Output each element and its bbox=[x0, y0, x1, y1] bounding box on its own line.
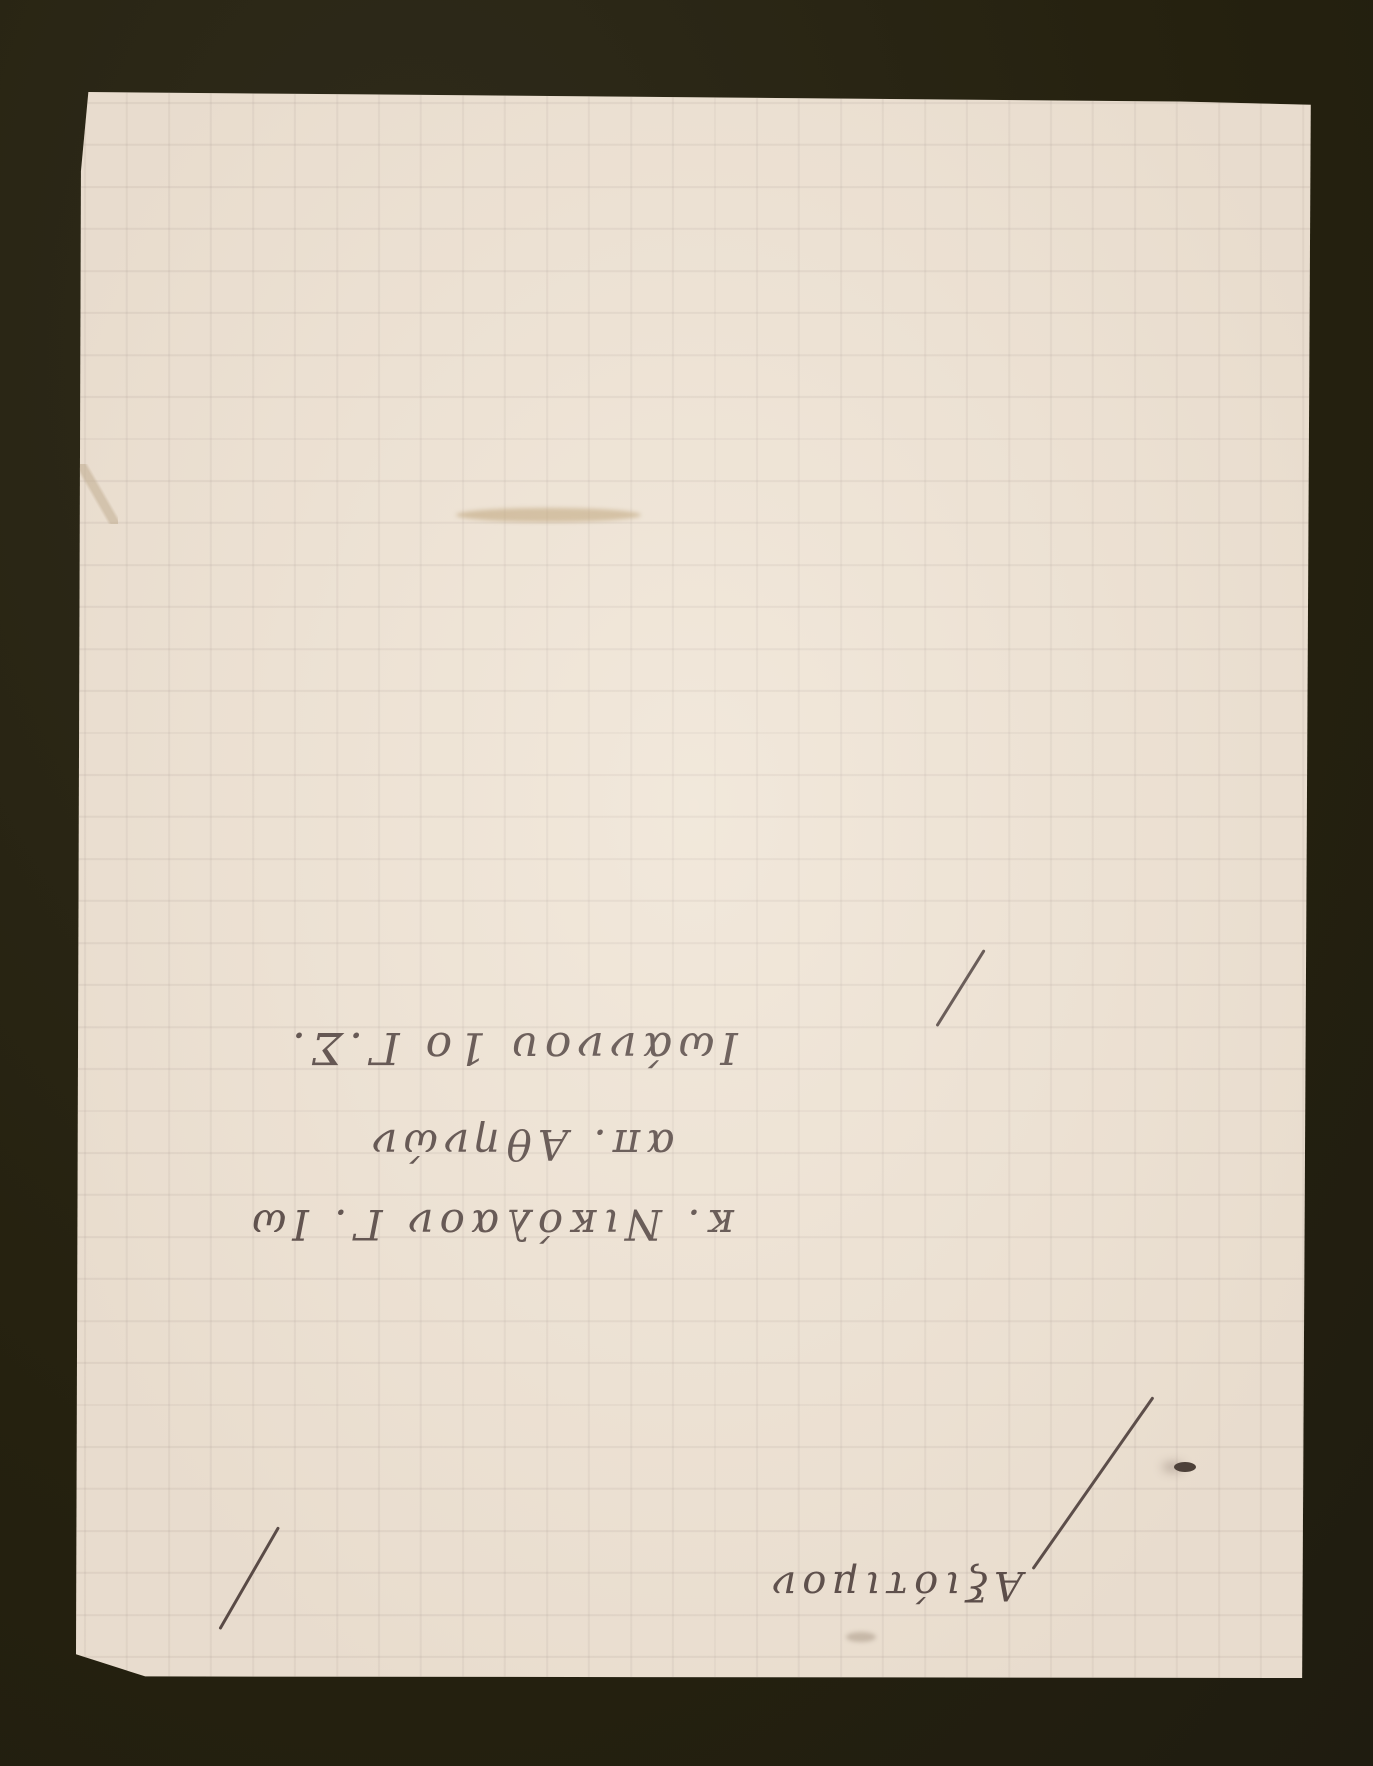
ink-speck bbox=[846, 1632, 876, 1642]
edge-tear-mark bbox=[78, 464, 118, 524]
handwriting-salutation: Αξιότιμον bbox=[766, 1562, 1023, 1608]
paper-sheet: Ιωάννου 1ο Γ.Σ. απ. Αθηνών κ. Νικόλαον Γ… bbox=[76, 92, 1312, 1678]
pen-stroke-left bbox=[218, 1526, 280, 1630]
stain-mark bbox=[456, 508, 641, 522]
ink-blot bbox=[1174, 1462, 1196, 1472]
handwriting-line-third: απ. Αθηνών bbox=[366, 1120, 675, 1169]
handwriting-line-second: κ. Νικόλαον Γ. Ιω bbox=[246, 1200, 734, 1249]
pen-stroke-right bbox=[1032, 1396, 1155, 1570]
pen-stroke-upper bbox=[935, 949, 985, 1027]
handwriting-line-top: Ιωάννου 1ο Γ.Σ. bbox=[286, 1022, 738, 1073]
